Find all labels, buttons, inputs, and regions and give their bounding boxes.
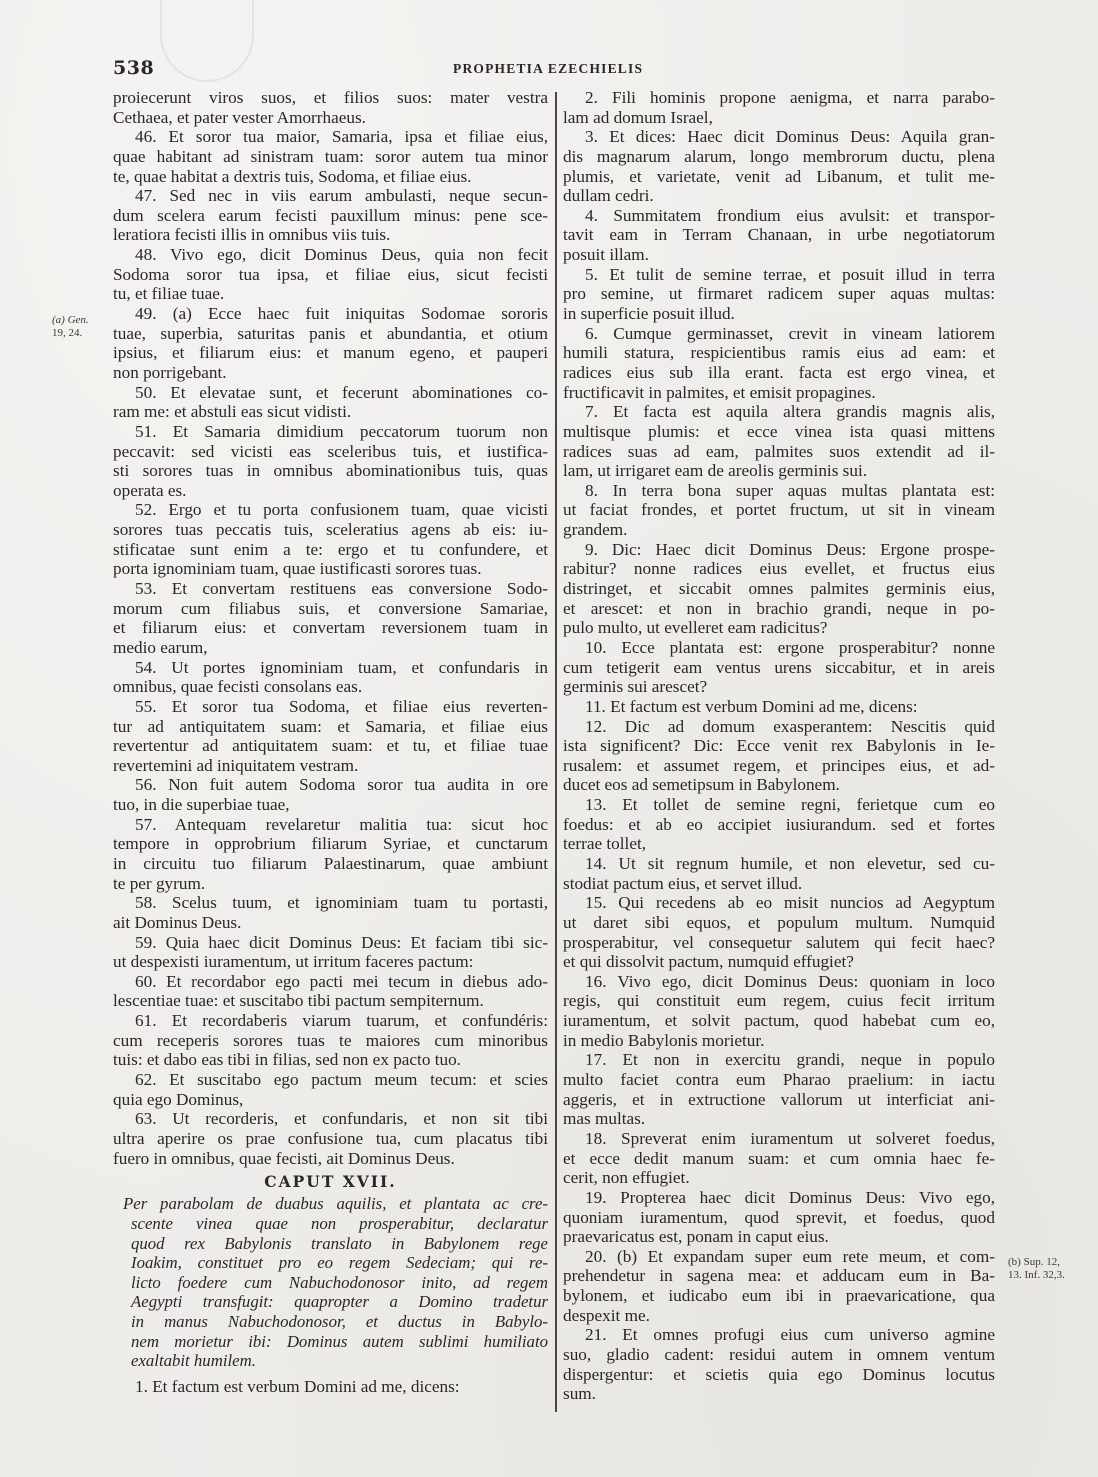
verse-line: 14. Ut sit regnum humile, et non elevetu… xyxy=(563,854,995,874)
verse-line: ut despexisti iuramentum, ut irritum fac… xyxy=(113,952,548,972)
verse-line: dum scelera earum fecisti pauxillum minu… xyxy=(113,206,548,226)
verse-line: ista significent? Dic: Ecce venit rex Ba… xyxy=(563,736,995,756)
verse-line: prosperabitur, vel consequetur salutem q… xyxy=(563,933,995,953)
verse-line: in medio Babylonis morietur. xyxy=(563,1031,995,1051)
page-number: 538 xyxy=(113,57,154,79)
running-title: PROPHETIA EZECHIELIS xyxy=(453,61,643,77)
verse-13: 13. Et tollet de semine regni, ferietque… xyxy=(563,795,995,854)
verse-14: 14. Ut sit regnum humile, et non elevetu… xyxy=(563,854,995,893)
verse-line: stificatae sunt enim a te: ergo et tu co… xyxy=(113,540,548,560)
right-column: 2. Fili hominis propone aenigma, et narr… xyxy=(563,88,995,1404)
verse-line: 10. Ecce plantata est: ergone prosperabi… xyxy=(563,638,995,658)
verse-line: prehendetur in sagena mea: et adducam eu… xyxy=(563,1266,995,1286)
verse-46: 46. Et soror tua maior, Samaria, ipsa et… xyxy=(113,127,548,186)
verse-line: 60. Et recordabor ego pacti mei tecum in… xyxy=(113,972,548,992)
verse-12: 12. Dic ad domum exasperantem: Nescitis … xyxy=(563,717,995,796)
verse-line: pro semine, ut firmaret radicem super aq… xyxy=(563,284,995,304)
verse-line: germinis sui arescet? xyxy=(563,677,995,697)
margin-note-right-loc: 13. Inf. 32,3. xyxy=(1008,1269,1088,1282)
margin-note-left-ref: (a) Gen. xyxy=(52,314,112,327)
verse-line: porta ignominiam tuam, quae iustificasti… xyxy=(113,559,548,579)
verse-line: ducet eos ad semetipsum in Babylonem. xyxy=(563,775,995,795)
summary-line: quod rex Babylonis translato in Babylone… xyxy=(113,1234,548,1254)
verse-line: tempore in opprobrium filiarum Syriae, e… xyxy=(113,834,548,854)
verse-line: leratiora fecisti illis in omnibus viis … xyxy=(113,225,548,245)
verse-line: in circuitu tuo filiarum Palaestinarum, … xyxy=(113,854,548,874)
verse-line: 49. (a) Ecce haec fuit iniquitas Sodomae… xyxy=(113,304,548,324)
verse-line: 12. Dic ad domum exasperantem: Nescitis … xyxy=(563,717,995,737)
verse-line: 57. Antequam revelaretur malitia tua: si… xyxy=(113,815,548,835)
summary-line: in manus Nabuchodonosor, et ductus in Ba… xyxy=(113,1312,548,1332)
verse-line: terrae tollet, xyxy=(563,834,995,854)
verse-line: tu, et filiae tuae. xyxy=(113,284,548,304)
chapter-title: CAPUT XVII. xyxy=(113,1168,548,1194)
verse-45-cont: proiecerunt viros suos, et filios suos: … xyxy=(113,88,548,127)
verse-2: 2. Fili hominis propone aenigma, et narr… xyxy=(563,88,995,127)
verse-59: 59. Quia haec dicit Dominus Deus: Et fac… xyxy=(113,933,548,972)
verse-line: morum cum filiabus suis, et conversione … xyxy=(113,599,548,619)
verse-line: iuramentum, et solvit pactum, quod habeb… xyxy=(563,1011,995,1031)
verse-line: 6. Cumque germinasset, crevit in vineam … xyxy=(563,324,995,344)
verse-line: radices eius sub illa erant. facta est e… xyxy=(563,363,995,383)
verse-line: 7. Et facta est aquila altera grandis ma… xyxy=(563,402,995,422)
verse-48: 48. Vivo ego, dicit Dominus Deus, quia n… xyxy=(113,245,548,304)
verse-line: et filiarum eius: et convertam reversion… xyxy=(113,618,548,638)
verse-line: 2. Fili hominis propone aenigma, et narr… xyxy=(563,88,995,108)
verse-line: tuis: et dabo eas tibi in filias, sed no… xyxy=(113,1050,548,1070)
verse-8: 8. In terra bona super aquas multas plan… xyxy=(563,481,995,540)
verse-line: 52. Ergo et tu porta confusionem tuam, q… xyxy=(113,500,548,520)
verse-line: et qui dissolvit pactum, numquid effugie… xyxy=(563,952,995,972)
verse-3: 3. Et dices: Haec dicit Dominus Deus: Aq… xyxy=(563,127,995,206)
verse-line: ultra aperire os prae confusione tua, cu… xyxy=(113,1129,548,1149)
left-verses: proiecerunt viros suos, et filios suos: … xyxy=(113,88,548,1168)
verse-9: 9. Dic: Haec dicit Dominus Deus: Ergone … xyxy=(563,540,995,638)
verse-4: 4. Summitatem frondium eius avulsit: et … xyxy=(563,206,995,265)
verse-line: 20. (b) Et expandam super eum rete meum,… xyxy=(563,1247,995,1267)
verse-11: 11. Et factum est verbum Domini ad me, d… xyxy=(563,697,995,717)
verse-line: 46. Et soror tua maior, Samaria, ipsa et… xyxy=(113,127,548,147)
verse-line: rusalem: et assumet regem, et principes … xyxy=(563,756,995,776)
verse-line: 17. Et non in exercitu grandi, neque in … xyxy=(563,1050,995,1070)
verse-line: mas multas. xyxy=(563,1109,995,1129)
verse-19: 19. Propterea haec dicit Dominus Deus: V… xyxy=(563,1188,995,1247)
verse-line: ipsius, et filiarum eius: et manum egeno… xyxy=(113,343,548,363)
verse-line: et arescet: et non in brachio grandi, ne… xyxy=(563,599,995,619)
verse-6: 6. Cumque germinasset, crevit in vineam … xyxy=(563,324,995,403)
verse-49: 49. (a) Ecce haec fuit iniquitas Sodomae… xyxy=(113,304,548,383)
verse-line: 58. Scelus tuum, et ignominiam tuam tu p… xyxy=(113,893,548,913)
verse-58: 58. Scelus tuum, et ignominiam tuam tu p… xyxy=(113,893,548,932)
verse-line: 55. Et soror tua Sodoma, et filiae eius … xyxy=(113,697,548,717)
verse-line: cerit, non effugiet. xyxy=(563,1168,995,1188)
verse-16: 16. Vivo ego, dicit Dominus Deus: quonia… xyxy=(563,972,995,1051)
verse-line: ut daret sibi equos, et populum multum. … xyxy=(563,913,995,933)
verse-line: tavit eam in Terram Chanaan, in urbe neg… xyxy=(563,225,995,245)
verse-51: 51. Et Samaria dimidium peccatorum tuoru… xyxy=(113,422,548,501)
verse-line: 50. Et elevatae sunt, et fecerunt abomin… xyxy=(113,383,548,403)
verse-line: 59. Quia haec dicit Dominus Deus: Et fac… xyxy=(113,933,548,953)
verse-52: 52. Ergo et tu porta confusionem tuam, q… xyxy=(113,500,548,579)
verse-61: 61. Et recordaberis viarum tuarum, et co… xyxy=(113,1011,548,1070)
verse-line: 1. Et factum est verbum Domini ad me, di… xyxy=(113,1377,548,1397)
verse-line: foedus: et ab eo accipiet iusiurandum. s… xyxy=(563,815,995,835)
verse-line: 48. Vivo ego, dicit Dominus Deus, quia n… xyxy=(113,245,548,265)
verse-line: lam ad domum Israel, xyxy=(563,108,995,128)
verse-line: operata es. xyxy=(113,481,548,501)
verse-line: 56. Non fuit autem Sodoma soror tua audi… xyxy=(113,775,548,795)
verse-57: 57. Antequam revelaretur malitia tua: si… xyxy=(113,815,548,894)
verse-line: multo faciet contra eum Pharao praelium:… xyxy=(563,1070,995,1090)
summary-line: nem morietur ibi: Dominus autem sublimi … xyxy=(113,1332,548,1352)
verse-line: 21. Et omnes profugi eius cum universo a… xyxy=(563,1325,995,1345)
verse-line: 53. Et convertam restituens eas conversi… xyxy=(113,579,548,599)
margin-note-right-ref: (b) Sup. 12, xyxy=(1008,1256,1088,1269)
verse-50: 50. Et elevatae sunt, et fecerunt abomin… xyxy=(113,383,548,422)
verse-line: 62. Et suscitabo ego pactum meum tecum: … xyxy=(113,1070,548,1090)
summary-line: Aegypti transfugit: quapropter a Domino … xyxy=(113,1292,548,1312)
summary-line: Per parabolam de duabus aquilis, et plan… xyxy=(113,1194,548,1214)
verse-line: tur ad antiquitatem suam: et Samaria, et… xyxy=(113,717,548,737)
verse-15: 15. Qui recedens ab eo misit nuncios ad … xyxy=(563,893,995,972)
verse-line: 11. Et factum est verbum Domini ad me, d… xyxy=(563,697,995,717)
verse-line: rabitur? nonne radices eius evellet, et … xyxy=(563,559,995,579)
verse-line: 47. Sed nec in viis earum ambulasti, neq… xyxy=(113,186,548,206)
page-header: 538 PROPHETIA EZECHIELIS xyxy=(113,57,995,81)
left-column: proiecerunt viros suos, et filios suos: … xyxy=(113,88,548,1397)
verse-line: te per gyrum. xyxy=(113,874,548,894)
verse-60: 60. Et recordabor ego pacti mei tecum in… xyxy=(113,972,548,1011)
chapter-summary: Per parabolam de duabus aquilis, et plan… xyxy=(113,1194,548,1371)
verse-line: 9. Dic: Haec dicit Dominus Deus: Ergone … xyxy=(563,540,995,560)
verse-line: revertentur ad antiquitatem suam: et tu,… xyxy=(113,736,548,756)
margin-note-left: (a) Gen. 19, 24. xyxy=(52,314,112,339)
verse-63: 63. Ut recorderis, et confundaris, et no… xyxy=(113,1109,548,1168)
verse-10: 10. Ecce plantata est: ergone prosperabi… xyxy=(563,638,995,697)
verse-line: cum tetigerit eam ventus urens siccabitu… xyxy=(563,658,995,678)
verse-line: ut faciat frondes, et portet fructum, ut… xyxy=(563,500,995,520)
verse-line: proiecerunt viros suos, et filios suos: … xyxy=(113,88,548,108)
verse-line: multisque plumis: et ecce vinea ista qua… xyxy=(563,422,995,442)
verse-47: 47. Sed nec in viis earum ambulasti, neq… xyxy=(113,186,548,245)
verse-line: ram me: et abstuli eas sicut vidisti. xyxy=(113,402,548,422)
verse-line: 5. Et tulit de semine terrae, et posuit … xyxy=(563,265,995,285)
verse-line: plumis, et varietate, venit ad Libanum, … xyxy=(563,167,995,187)
verse-line: sti sorores tuas in omnibus abominationi… xyxy=(113,461,548,481)
verse-54: 54. Ut portes ignominiam tuam, et confun… xyxy=(113,658,548,697)
verse-line: praevaricatus est, ponam in caput eius. xyxy=(563,1227,995,1247)
verse-line: sum. xyxy=(563,1384,995,1404)
verse-line: pulo multo, ut evelleret eam radicitus? xyxy=(563,618,995,638)
verse-line: bylonem, et iudicabo eum ibi in praevari… xyxy=(563,1286,995,1306)
margin-note-right: (b) Sup. 12, 13. Inf. 32,3. xyxy=(1008,1256,1088,1281)
verse-line: lam, ut irrigaret eam de areolis germini… xyxy=(563,461,995,481)
verse-line: quoniam iuramentum, quod sprevit, et foe… xyxy=(563,1208,995,1228)
verse-line: Cethaea, et pater vester Amorrhaeus. xyxy=(113,108,548,128)
verse-line: stodiat pactum eius, et servet illud. xyxy=(563,874,995,894)
verse-line: regis, qui constituit eum regem, cuius f… xyxy=(563,991,995,1011)
verse-line: lescentiae tuae: et suscitabo tibi pactu… xyxy=(113,991,548,1011)
verse-line: in superficie posuit illud. xyxy=(563,304,995,324)
verse-line: 63. Ut recorderis, et confundaris, et no… xyxy=(113,1109,548,1129)
verse-62: 62. Et suscitabo ego pactum meum tecum: … xyxy=(113,1070,548,1109)
verse-line: 19. Propterea haec dicit Dominus Deus: V… xyxy=(563,1188,995,1208)
verse-17: 17. Et non in exercitu grandi, neque in … xyxy=(563,1050,995,1129)
verse-line: suo, gladio cadent: residui autem in omn… xyxy=(563,1345,995,1365)
verse-line: ait Dominus Deus. xyxy=(113,913,548,933)
left-verses-after-caput: 1. Et factum est verbum Domini ad me, di… xyxy=(113,1377,548,1397)
verse-21: 21. Et omnes profugi eius cum universo a… xyxy=(563,1325,995,1404)
margin-note-left-loc: 19, 24. xyxy=(52,327,112,340)
summary-line: scente vinea quae non prosperabitur, dec… xyxy=(113,1214,548,1234)
verse-line: distringet, et siccabit omnes palmites g… xyxy=(563,579,995,599)
verse-55: 55. Et soror tua Sodoma, et filiae eius … xyxy=(113,697,548,776)
verse-line: cum receperis sorores tuas te maiores cu… xyxy=(113,1031,548,1051)
verse-line: revertemini ad iniquitatem vestram. xyxy=(113,756,548,776)
verse-line: tuae, superbia, saturitas panis et abund… xyxy=(113,324,548,344)
summary-line: licto foedere cum Nabuchodonosor inito, … xyxy=(113,1273,548,1293)
verse-7: 7. Et facta est aquila altera grandis ma… xyxy=(563,402,995,481)
verse-line: despexit me. xyxy=(563,1306,995,1326)
verse-line: medio earum, xyxy=(113,638,548,658)
verse-line: aggeris, et in extructione vallorum ut i… xyxy=(563,1090,995,1110)
verse-line: humili statura, respicientibus ramis eiu… xyxy=(563,343,995,363)
verse-18: 18. Spreverat enim iuramentum ut solvere… xyxy=(563,1129,995,1188)
column-divider xyxy=(555,92,557,1412)
verse-1: 1. Et factum est verbum Domini ad me, di… xyxy=(113,1377,548,1397)
verse-line: 15. Qui recedens ab eo misit nuncios ad … xyxy=(563,893,995,913)
verse-line: omnibus, quae fecisti consolans eas. xyxy=(113,677,548,697)
verse-line: 16. Vivo ego, dicit Dominus Deus: quonia… xyxy=(563,972,995,992)
verse-line: 54. Ut portes ignominiam tuam, et confun… xyxy=(113,658,548,678)
verse-line: et ecce dedit manum suam: et cum omnia h… xyxy=(563,1149,995,1169)
verse-line: 13. Et tollet de semine regni, ferietque… xyxy=(563,795,995,815)
verse-line: 3. Et dices: Haec dicit Dominus Deus: Aq… xyxy=(563,127,995,147)
verse-line: quae habitant ad sinistram tuam: soror a… xyxy=(113,147,548,167)
verse-line: grandem. xyxy=(563,520,995,540)
verse-line: tuo, in die superbiae tuae, xyxy=(113,795,548,815)
verse-line: dullam cedri. xyxy=(563,186,995,206)
verse-line: 4. Summitatem frondium eius avulsit: et … xyxy=(563,206,995,226)
verse-line: peccavit: sed vicisti eas sceleribus tui… xyxy=(113,442,548,462)
verse-56: 56. Non fuit autem Sodoma soror tua audi… xyxy=(113,775,548,814)
verse-line: non porrigebant. xyxy=(113,363,548,383)
summary-line: exaltabit humilem. xyxy=(113,1351,548,1371)
verse-53: 53. Et convertam restituens eas conversi… xyxy=(113,579,548,658)
verse-line: 8. In terra bona super aquas multas plan… xyxy=(563,481,995,501)
summary-line: Ioakim, constituet pro eo regem Sedeciam… xyxy=(113,1253,548,1273)
verse-line: te, quae habitat a dextris tuis, Sodoma,… xyxy=(113,167,548,187)
verse-5: 5. Et tulit de semine terrae, et posuit … xyxy=(563,265,995,324)
verse-line: Sodoma soror tua ipsa, et filiae eius, s… xyxy=(113,265,548,285)
verse-line: quia ego Dominus, xyxy=(113,1090,548,1110)
verse-20: 20. (b) Et expandam super eum rete meum,… xyxy=(563,1247,995,1326)
verse-line: radices suas ad eam, palmites suos exten… xyxy=(563,442,995,462)
verse-line: dis magnarum alarum, longo membrorum duc… xyxy=(563,147,995,167)
right-verses: 2. Fili hominis propone aenigma, et narr… xyxy=(563,88,995,1404)
verse-line: 61. Et recordaberis viarum tuarum, et co… xyxy=(113,1011,548,1031)
verse-line: sorores tuas peccatis tuis, sceleratius … xyxy=(113,520,548,540)
verse-line: 51. Et Samaria dimidium peccatorum tuoru… xyxy=(113,422,548,442)
verse-line: fuero in omnibus, quae fecisti, ait Domi… xyxy=(113,1149,548,1169)
verse-line: posuit illam. xyxy=(563,245,995,265)
verse-line: dispergentur: et scietis quia ego Dominu… xyxy=(563,1365,995,1385)
verse-line: 18. Spreverat enim iuramentum ut solvere… xyxy=(563,1129,995,1149)
verse-line: fructificavit in palmites, et emisit pro… xyxy=(563,383,995,403)
